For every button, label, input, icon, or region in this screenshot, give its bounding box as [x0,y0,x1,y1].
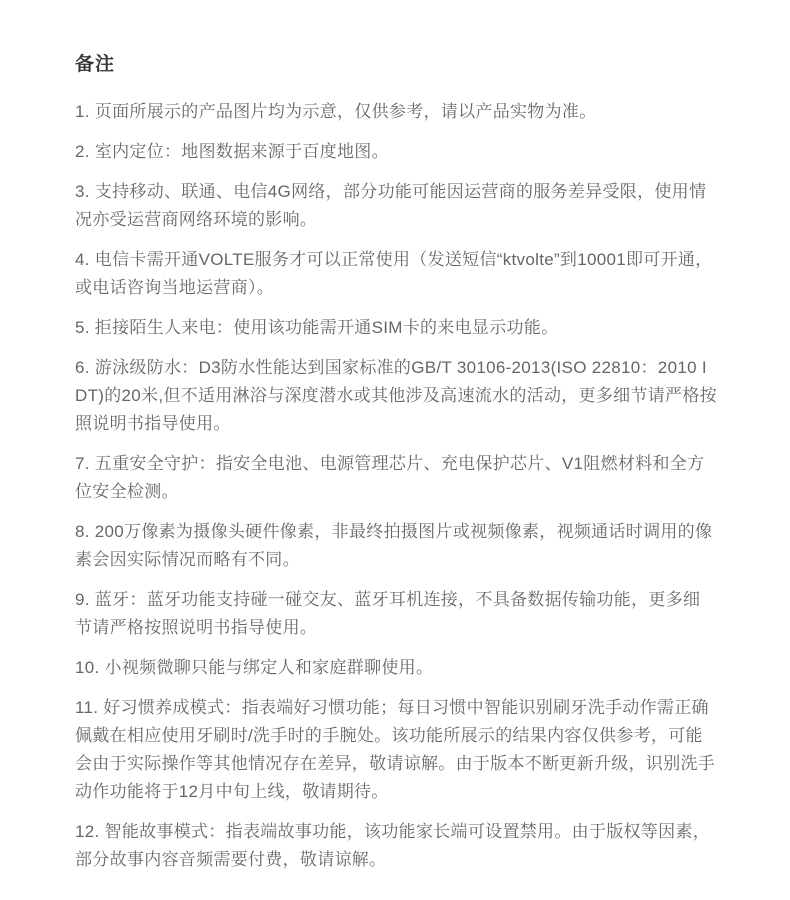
note-item-7: 7. 五重安全守护：指安全电池、电源管理芯片、充电保护芯片、V1阻燃材料和全方位… [75,450,717,506]
note-item-10: 10. 小视频微聊只能与绑定人和家庭群聊使用。 [75,654,717,682]
note-item-12: 12. 智能故事模式：指表端故事功能，该功能家长端可设置禁用。由于版权等因素，部… [75,818,717,874]
note-item-1: 1. 页面所展示的产品图片均为示意，仅供参考，请以产品实物为准。 [75,98,717,126]
remarks-heading: 备注 [75,52,717,78]
note-item-11: 11. 好习惯养成模式：指表端好习惯功能；每日习惯中智能识别刷牙洗手动作需正确佩… [75,694,717,806]
note-item-9: 9. 蓝牙：蓝牙功能支持碰一碰交友、蓝牙耳机连接，不具备数据传输功能，更多细节请… [75,586,717,642]
note-item-6: 6. 游泳级防水：D3防水性能达到国家标准的GB/T 30106-2013(IS… [75,354,717,438]
note-item-3: 3. 支持移动、联通、电信4G网络，部分功能可能因运营商的服务差异受限，使用情况… [75,178,717,234]
note-item-5: 5. 拒接陌生人来电：使用该功能需开通SIM卡的来电显示功能。 [75,314,717,342]
note-item-8: 8. 200万像素为摄像头硬件像素，非最终拍摄图片或视频像素，视频通话时调用的像… [75,518,717,574]
remarks-section: 备注 1. 页面所展示的产品图片均为示意，仅供参考，请以产品实物为准。 2. 室… [75,52,717,886]
note-item-4: 4. 电信卡需开通VOLTE服务才可以正常使用（发送短信“ktvolte”到10… [75,246,717,302]
note-item-2: 2. 室内定位：地图数据来源于百度地图。 [75,138,717,166]
